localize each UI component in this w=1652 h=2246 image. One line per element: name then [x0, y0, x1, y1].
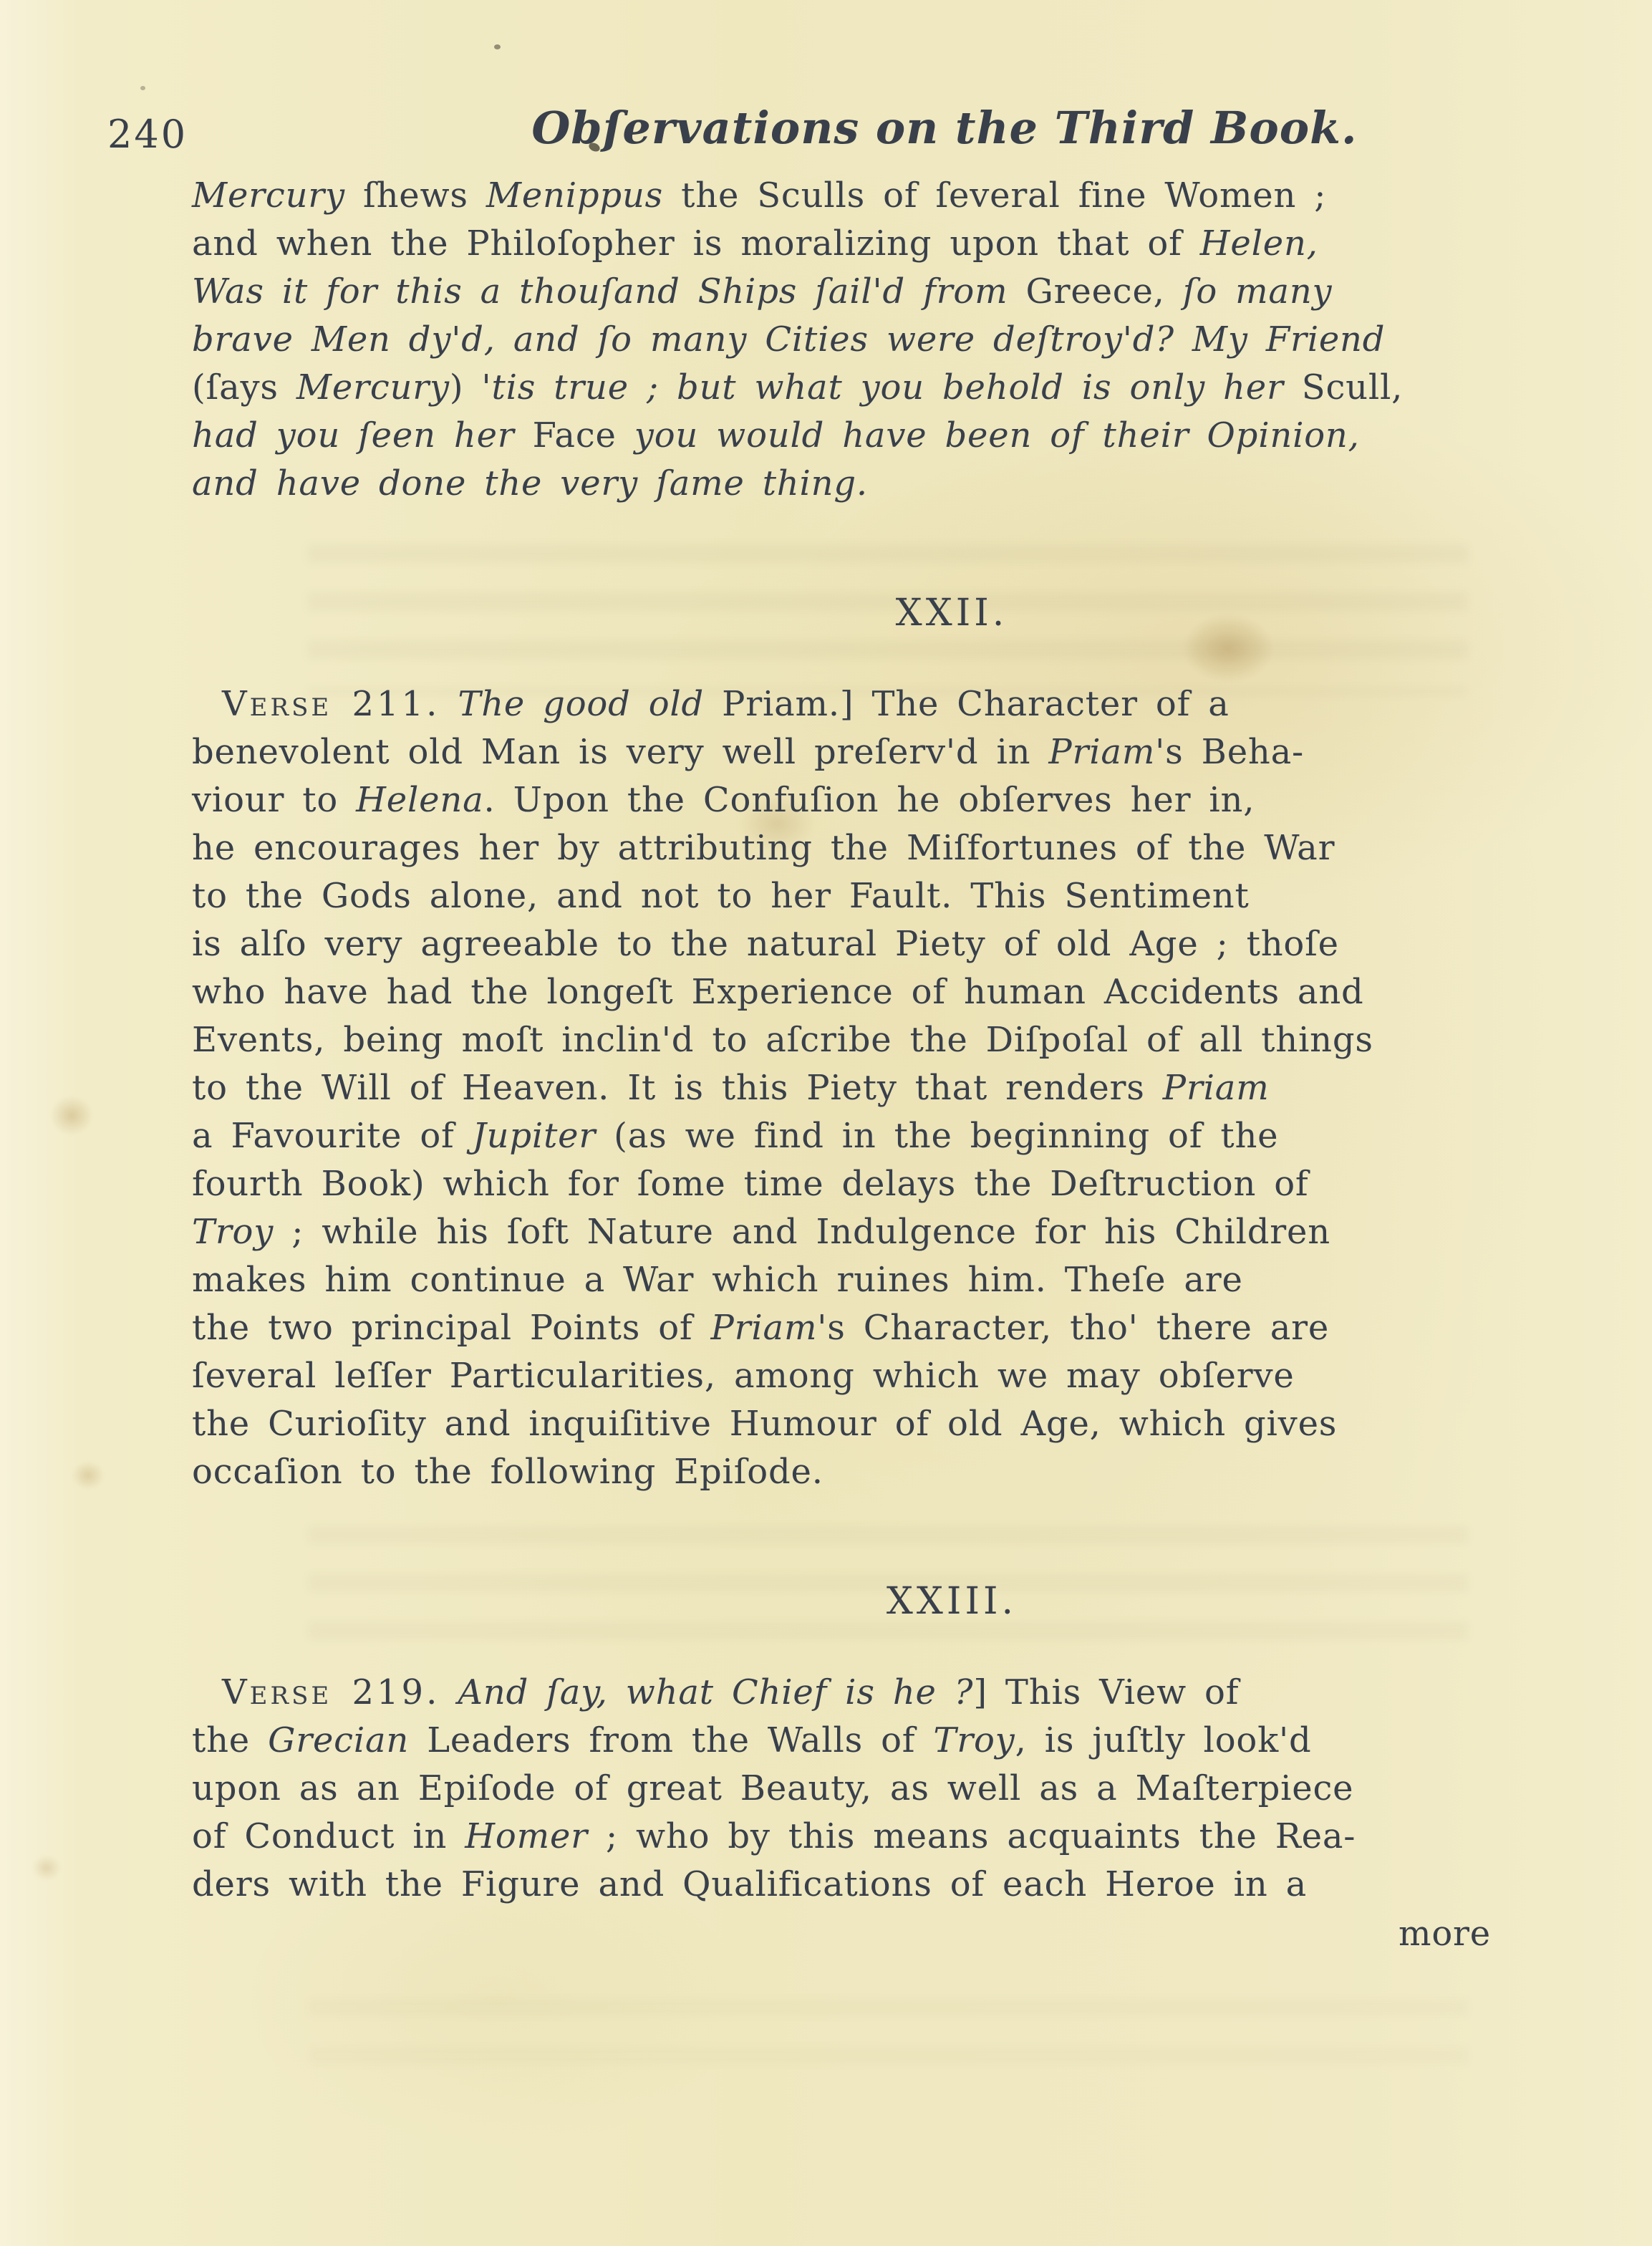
- roman-text: Leaders from the Walls of: [409, 1720, 933, 1760]
- roman-text: the Sculls of ſeveral fine Women ;: [663, 175, 1326, 216]
- italic-text: you would have been of their Opinion,: [617, 415, 1360, 456]
- roman-text: the: [192, 1720, 268, 1760]
- roman-text: Scull,: [1302, 367, 1403, 408]
- text-line: (ſays Mercury) 'tis true ; but what you …: [192, 364, 1511, 412]
- roman-text: ſhews: [345, 175, 486, 216]
- text-line: occaſion to the following Epiſode.: [192, 1448, 1511, 1496]
- ink-speck: [494, 44, 501, 49]
- text-line: Verse 219. And ſay, what Chief is he ?] …: [192, 1669, 1511, 1717]
- roman-text: ; who by this means acquaints the Rea-: [588, 1816, 1356, 1856]
- italic-text: Mercury: [192, 175, 345, 216]
- italic-text: Grecian: [268, 1720, 409, 1760]
- roman-text: viour to: [192, 780, 356, 820]
- roman-text: to the Gods alone, and not to her Fault.…: [192, 876, 1250, 916]
- text-line: benevolent old Man is very well preſerv'…: [192, 728, 1511, 776]
- roman-text: the Curioſity and inquiſitive Humour of …: [192, 1404, 1337, 1444]
- roman-text: 's Beha-: [1155, 732, 1304, 772]
- paragraph: Verse 211. The good old Priam.] The Char…: [192, 680, 1511, 1496]
- italic-text: Priam: [1163, 1068, 1270, 1108]
- text-line: ſeveral leſſer Particularities, among wh…: [192, 1352, 1511, 1400]
- paper-stain: [32, 1855, 61, 1881]
- section-heading: XXII.: [292, 589, 1611, 637]
- italic-text: Helen,: [1200, 223, 1318, 264]
- italic-text: Was it for this a thouſand Ships ſail'd …: [192, 271, 1025, 312]
- italic-text: had you ſeen her: [192, 415, 533, 456]
- roman-text: ] This View of: [973, 1672, 1239, 1712]
- italic-text: and have done the very ſame thing.: [192, 463, 868, 503]
- text-block: Mercury ſhews Menippus the Sculls of ſev…: [192, 172, 1511, 1958]
- page-number: 240: [107, 112, 188, 157]
- text-line: to the Gods alone, and not to her Fault.…: [192, 872, 1511, 920]
- italic-text: Priam: [1048, 732, 1155, 772]
- verso-bleed-through: [308, 1998, 1468, 2084]
- italic-text: Mercury: [296, 367, 450, 408]
- smallcaps-text: Verse 219.: [222, 1672, 440, 1712]
- roman-text: benevolent old Man is very well preſerv'…: [192, 732, 1048, 772]
- italic-text: ſo many: [1165, 271, 1333, 312]
- italic-text: Helena: [356, 780, 483, 820]
- catchword: more: [192, 1910, 1511, 1958]
- text-line: Was it for this a thouſand Ships ſail'd …: [192, 268, 1511, 316]
- text-line: the Grecian Leaders from the Walls of Tr…: [192, 1717, 1511, 1765]
- roman-text: ): [450, 367, 482, 408]
- italic-text: Homer: [465, 1816, 588, 1856]
- roman-text: he encourages her by attributing the Miſ…: [192, 828, 1335, 868]
- text-line: who have had the longeſt Experience of h…: [192, 968, 1511, 1016]
- roman-text: , is juſtly look'd: [1015, 1720, 1312, 1760]
- ink-speck: [140, 86, 145, 90]
- roman-text: upon as an Epiſode of great Beauty, as w…: [192, 1768, 1353, 1808]
- italic-text: Troy: [192, 1212, 274, 1252]
- text-line: and when the Philoſopher is moralizing u…: [192, 220, 1511, 268]
- roman-text: to the Will of Heaven. It is this Piety …: [192, 1068, 1163, 1108]
- roman-text: ; while his ſoft Nature and Indulgence f…: [274, 1212, 1330, 1252]
- text-line: upon as an Epiſode of great Beauty, as w…: [192, 1765, 1511, 1813]
- text-line: fourth Book) which for ſome time delays …: [192, 1160, 1511, 1208]
- roman-text: occaſion to the following Epiſode.: [192, 1452, 823, 1492]
- running-header: 240 Obſervations on the Third Book.: [0, 102, 1652, 166]
- italic-text: brave Men dy'd, and ſo many Cities were …: [192, 319, 1385, 360]
- text-line: brave Men dy'd, and ſo many Cities were …: [192, 316, 1511, 364]
- text-line: ders with the Figure and Qualifications …: [192, 1861, 1511, 1909]
- italic-text: Jupiter: [473, 1116, 596, 1156]
- roman-text: Face: [533, 415, 617, 456]
- roman-text: fourth Book) which for ſome time delays …: [192, 1164, 1309, 1204]
- paragraph: Verse 219. And ſay, what Chief is he ?] …: [192, 1669, 1511, 1909]
- roman-text: the two principal Points of: [192, 1308, 711, 1348]
- roman-text: Greece,: [1025, 271, 1164, 312]
- italic-text: Priam: [711, 1308, 818, 1348]
- roman-text: [440, 1672, 458, 1712]
- roman-text: Events, being moſt inclin'd to aſcribe t…: [192, 1020, 1373, 1060]
- italic-text: Menippus: [486, 175, 663, 216]
- text-line: and have done the very ſame thing.: [192, 460, 1511, 508]
- italic-text: The good old: [458, 684, 722, 724]
- text-line: he encourages her by attributing the Miſ…: [192, 824, 1511, 872]
- smallcaps-text: Verse 211.: [222, 684, 440, 724]
- italic-text: And ſay, what Chief is he ?: [458, 1672, 973, 1712]
- roman-text: [440, 684, 458, 724]
- text-line: Verse 211. The good old Priam.] The Char…: [192, 680, 1511, 728]
- roman-text: Priam.] The Character of a: [722, 684, 1230, 724]
- text-line: Events, being moſt inclin'd to aſcribe t…: [192, 1016, 1511, 1064]
- text-line: Troy ; while his ſoft Nature and Indulge…: [192, 1208, 1511, 1256]
- italic-text: 'tis true ; but what you behold is only …: [481, 367, 1301, 408]
- text-line: the two principal Points of Priam's Char…: [192, 1304, 1511, 1352]
- roman-text: who have had the longeſt Experience of h…: [192, 972, 1364, 1012]
- text-line: a Favourite of Jupiter (as we find in th…: [192, 1112, 1511, 1160]
- running-title: Obſervations on the Third Book.: [192, 102, 1511, 154]
- roman-text: a Favourite of: [192, 1116, 473, 1156]
- roman-text: (as we find in the beginning of the: [596, 1116, 1278, 1156]
- book-page-scan: 240 Obſervations on the Third Book. Merc…: [0, 0, 1652, 2246]
- text-line: makes him continue a War which ruines hi…: [192, 1256, 1511, 1304]
- paper-stain: [50, 1096, 93, 1135]
- italic-text: Troy: [933, 1720, 1015, 1760]
- paper-stain: [72, 1461, 105, 1490]
- roman-text: ders with the Figure and Qualifications …: [192, 1864, 1307, 1904]
- roman-text: of Conduct in: [192, 1816, 465, 1856]
- roman-text: is alſo very agreeable to the natural Pi…: [192, 924, 1339, 964]
- text-line: of Conduct in Homer ; who by this means …: [192, 1813, 1511, 1861]
- text-line: Mercury ſhews Menippus the Sculls of ſev…: [192, 172, 1511, 220]
- roman-text: and when the Philoſopher is moralizing u…: [192, 223, 1200, 264]
- roman-text: makes him continue a War which ruines hi…: [192, 1260, 1243, 1300]
- text-line: the Curioſity and inquiſitive Humour of …: [192, 1400, 1511, 1448]
- paragraph: Mercury ſhews Menippus the Sculls of ſev…: [192, 172, 1511, 508]
- text-line: is alſo very agreeable to the natural Pi…: [192, 920, 1511, 968]
- text-line: viour to Helena. Upon the Confuſion he o…: [192, 776, 1511, 824]
- section-heading: XXIII.: [292, 1578, 1611, 1626]
- text-line: had you ſeen her Face you would have bee…: [192, 412, 1511, 460]
- roman-text: . Upon the Confuſion he obſerves her in,: [484, 780, 1255, 820]
- roman-text: (ſays: [192, 367, 296, 408]
- text-line: to the Will of Heaven. It is this Piety …: [192, 1064, 1511, 1112]
- roman-text: ſeveral leſſer Particularities, among wh…: [192, 1356, 1295, 1396]
- roman-text: 's Character, tho' there are: [817, 1308, 1329, 1348]
